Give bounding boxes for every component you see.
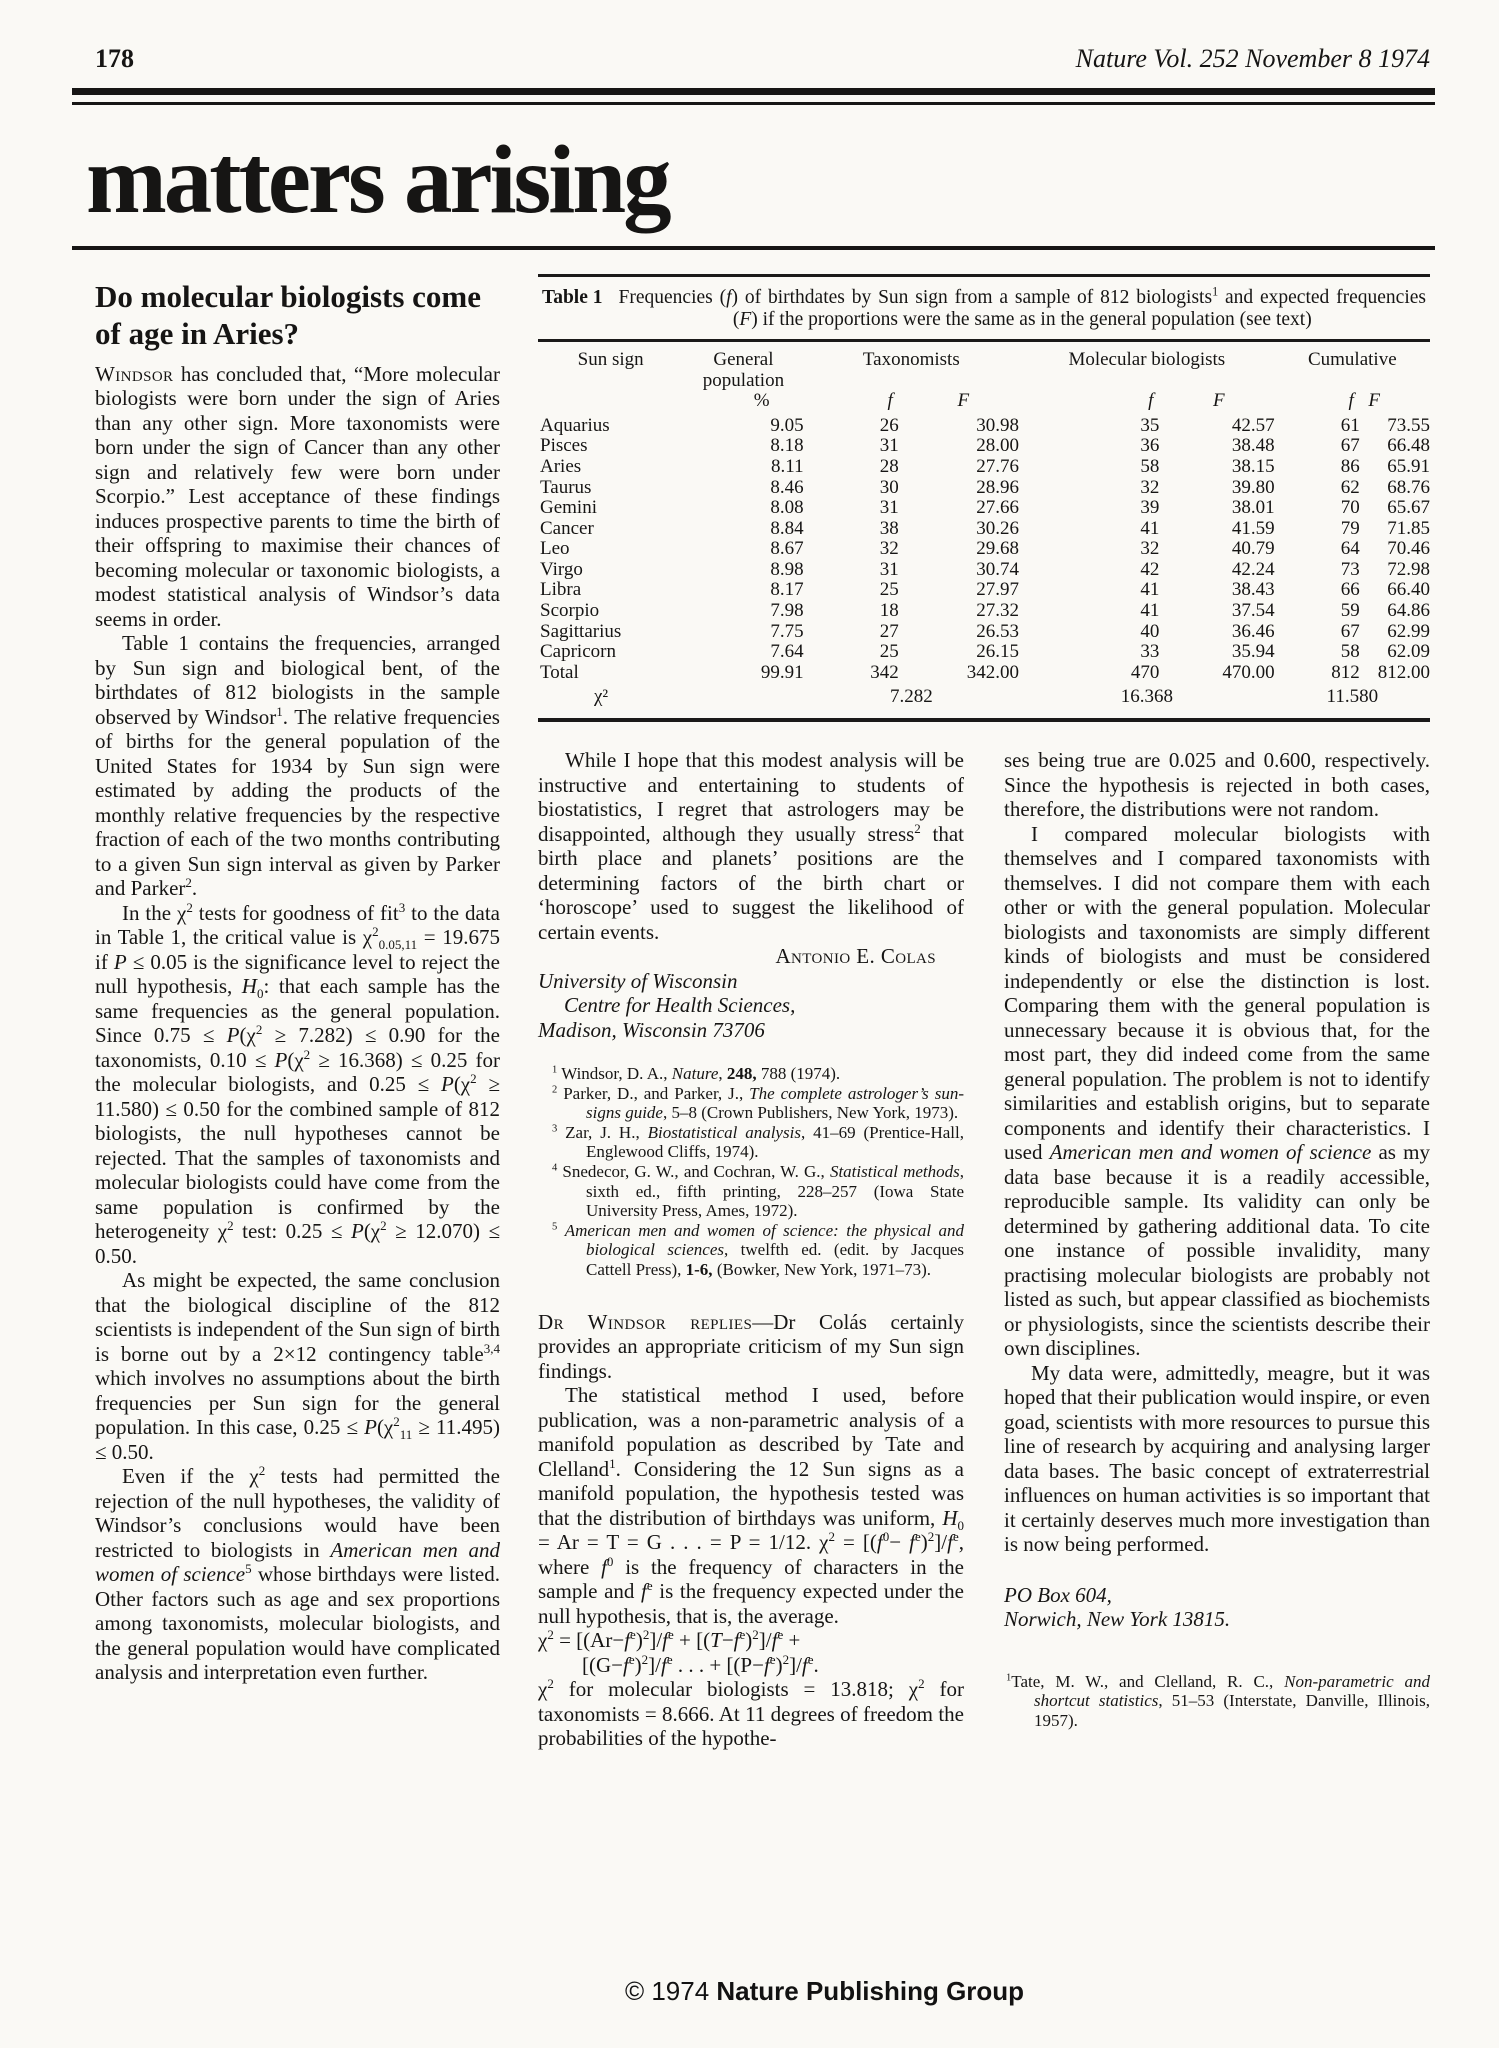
table-cell: 27.97 xyxy=(899,580,1019,601)
table-cell: 470.00 xyxy=(1159,663,1274,684)
journal-header: Nature Vol. 252 November 8 1974 xyxy=(1076,44,1430,74)
table-cell: 812.00 xyxy=(1360,663,1430,684)
column-subheader-f: f xyxy=(1019,391,1159,412)
chi-square-label: χ² xyxy=(538,683,683,718)
table-cell: 38.15 xyxy=(1159,457,1274,478)
table-cell: Sagittarius xyxy=(538,622,683,643)
chi-square-row: χ² 7.282 16.368 11.580 xyxy=(538,683,1430,718)
table-cell: 62.09 xyxy=(1360,642,1430,663)
journal-page: 178 Nature Vol. 252 November 8 1974 matt… xyxy=(0,0,1499,2048)
paragraph: I compared molecular biologists with the… xyxy=(1004,822,1430,1361)
table-header: Sun sign General population Taxonomists … xyxy=(538,340,1430,411)
table-body: Aquarius9.052630.983542.576173.55Pisces8… xyxy=(538,412,1430,684)
table-cell: 30.74 xyxy=(899,560,1019,581)
table-label: Table 1 xyxy=(542,287,603,331)
table-cell: 9.05 xyxy=(683,412,803,437)
table-row: Aquarius9.052630.983542.576173.55 xyxy=(538,412,1430,437)
paragraph: My data were, admittedly, meagre, but it… xyxy=(1004,1361,1430,1557)
column-header-cumulative: Cumulative xyxy=(1275,340,1430,391)
address-line: Centre for Health Sciences, xyxy=(538,993,964,1018)
author-signature: Antonio E. Colas xyxy=(538,944,964,969)
address-line: Madison, Wisconsin 73706 xyxy=(538,1018,964,1043)
reference-list: 1 Windsor, D. A., Nature, 248, 788 (1974… xyxy=(538,1064,964,1280)
table-row: Sagittarius7.752726.534036.466762.99 xyxy=(538,622,1430,643)
table-cell: 25 xyxy=(804,580,899,601)
table-cell: Aries xyxy=(538,457,683,478)
right-column: ses being true are 0.025 and 0.600, resp… xyxy=(1004,748,1430,1751)
table-cell: 36.46 xyxy=(1159,622,1274,643)
table-cell: 71.85 xyxy=(1360,519,1430,540)
paragraph: The statistical method I used, before pu… xyxy=(538,1383,964,1628)
table-cell: 70 xyxy=(1275,498,1360,519)
paragraph: In the χ2 tests for goodness of fit3 to … xyxy=(95,901,500,1269)
reference-item: 2 Parker, D., and Parker, J., The comple… xyxy=(538,1084,964,1123)
column-subheader-f: f xyxy=(804,391,899,412)
table-cell: 28 xyxy=(804,457,899,478)
paragraph: As might be expected, the same conclusio… xyxy=(95,1268,500,1464)
lower-columns: While I hope that this modest analysis w… xyxy=(538,748,1430,1751)
table-cell: 26 xyxy=(804,412,899,437)
paragraph: χ2 for molecular biologists = 13.818; χ2… xyxy=(538,1677,964,1751)
table-row: Gemini8.083127.663938.017065.67 xyxy=(538,498,1430,519)
table-cell: 65.67 xyxy=(1360,498,1430,519)
middle-column: While I hope that this modest analysis w… xyxy=(538,748,964,1751)
table-cell: 79 xyxy=(1275,519,1360,540)
table-cell: 8.84 xyxy=(683,519,803,540)
table-cell: 40.79 xyxy=(1159,539,1274,560)
table-cell: 72.98 xyxy=(1360,560,1430,581)
table-cell: 29.68 xyxy=(899,539,1019,560)
address-line: University of Wisconsin xyxy=(538,969,964,994)
table-caption-text: Frequencies (f) of birthdates by Sun sig… xyxy=(619,287,1426,331)
chi-square-molecular: 16.368 xyxy=(1019,683,1275,718)
table-row: Pisces8.183128.003638.486766.48 xyxy=(538,436,1430,457)
column-header-sun-sign: Sun sign xyxy=(538,340,683,391)
table-cell: 58 xyxy=(1019,457,1159,478)
table-cell: 8.08 xyxy=(683,498,803,519)
table-row: Aries8.112827.765838.158665.91 xyxy=(538,457,1430,478)
table-cell: 27.76 xyxy=(899,457,1019,478)
reference-item: 4 Snedecor, G. W., and Cochran, W. G., S… xyxy=(538,1162,964,1221)
table-cell: Cancer xyxy=(538,519,683,540)
paragraph: Dr Windsor replies—Dr Colás certainly pr… xyxy=(538,1310,964,1384)
paragraph: ses being true are 0.025 and 0.600, resp… xyxy=(1004,748,1430,822)
column-subheader-F: F xyxy=(1159,391,1274,412)
table-cell: 812 xyxy=(1275,663,1360,684)
chi-square-taxonomists: 7.282 xyxy=(804,683,1019,718)
paragraph: Table 1 contains the frequencies, arrang… xyxy=(95,631,500,901)
reference-item: 3 Zar, J. H., Biostatistical analysis, 4… xyxy=(538,1123,964,1162)
table-cell: 25 xyxy=(804,642,899,663)
column-header-taxonomists: Taxonomists xyxy=(804,340,1019,391)
reference-item: 1Tate, M. W., and Clelland, R. C., Non-p… xyxy=(1004,1672,1430,1731)
table-row: Libra8.172527.974138.436666.40 xyxy=(538,580,1430,601)
page-header: 178 Nature Vol. 252 November 8 1974 xyxy=(95,44,1430,74)
table-cell: Scorpio xyxy=(538,601,683,622)
table-cell: 32 xyxy=(1019,478,1159,499)
table-cell: 38.01 xyxy=(1159,498,1274,519)
content-columns: Do molecular biologists come of age in A… xyxy=(95,274,1430,1751)
page-number: 178 xyxy=(95,44,134,74)
table-cell: 7.98 xyxy=(683,601,803,622)
table-cell: 30 xyxy=(804,478,899,499)
table-cell: 39 xyxy=(1019,498,1159,519)
left-column: Do molecular biologists come of age in A… xyxy=(95,274,500,1751)
table-cell: 32 xyxy=(804,539,899,560)
table-cell: 41 xyxy=(1019,519,1159,540)
table-cell: Virgo xyxy=(538,560,683,581)
table-cell: 64 xyxy=(1275,539,1360,560)
table-cell: 38.48 xyxy=(1159,436,1274,457)
table-cell: 62 xyxy=(1275,478,1360,499)
reference-item: 1 Windsor, D. A., Nature, 248, 788 (1974… xyxy=(538,1064,964,1084)
footer-copyright: © 1974 Nature Publishing Group xyxy=(0,1976,1499,2007)
author-address: University of Wisconsin Centre for Healt… xyxy=(538,969,964,1043)
table-cell: 342.00 xyxy=(899,663,1019,684)
table-chi-row-group: χ² 7.282 16.368 11.580 xyxy=(538,683,1430,718)
table-cell: 66 xyxy=(1275,580,1360,601)
column-subheader-f: f xyxy=(1275,391,1360,412)
address-line: Norwich, New York 13815. xyxy=(1004,1607,1430,1632)
chi-square-cumulative: 11.580 xyxy=(1275,683,1430,718)
table-cell: 59 xyxy=(1275,601,1360,622)
table-cell: Gemini xyxy=(538,498,683,519)
table-cell: 66.40 xyxy=(1360,580,1430,601)
table-cell: 8.67 xyxy=(683,539,803,560)
table-cell: 37.54 xyxy=(1159,601,1274,622)
table-cell: Pisces xyxy=(538,436,683,457)
paragraph: While I hope that this modest analysis w… xyxy=(538,748,964,944)
table-cell: 8.98 xyxy=(683,560,803,581)
table-cell: 26.15 xyxy=(899,642,1019,663)
table-1: Table 1 Frequencies (f) of birthdates by… xyxy=(538,274,1430,722)
table-cell: 65.91 xyxy=(1360,457,1430,478)
table-caption: Table 1 Frequencies (f) of birthdates by… xyxy=(538,277,1430,339)
author-address: PO Box 604, Norwich, New York 13815. xyxy=(1004,1583,1430,1632)
table-row: Cancer8.843830.264141.597971.85 xyxy=(538,519,1430,540)
table-cell: 31 xyxy=(804,498,899,519)
table-cell: 73.55 xyxy=(1360,412,1430,437)
paragraph: Even if the χ2 tests had permitted the r… xyxy=(95,1464,500,1685)
equation-line: [(G−fe)2]/fe . . . + [(P−fe)2]/fe. xyxy=(538,1653,964,1678)
table-cell: 30.98 xyxy=(899,412,1019,437)
equation-line: χ2 = [(Ar−fe)2]/fe + [(T−fe)2]/fe + xyxy=(538,1628,964,1653)
right-region: Table 1 Frequencies (f) of birthdates by… xyxy=(538,274,1430,1751)
table-cell: Taurus xyxy=(538,478,683,499)
table-cell: 42.57 xyxy=(1159,412,1274,437)
table-cell: 8.11 xyxy=(683,457,803,478)
table-cell: 61 xyxy=(1275,412,1360,437)
table-cell: 62.99 xyxy=(1360,622,1430,643)
section-title: matters arising xyxy=(86,131,1499,230)
table-cell: 32 xyxy=(1019,539,1159,560)
article-title: Do molecular biologists come of age in A… xyxy=(95,278,500,352)
title-rule xyxy=(72,246,1435,250)
table-cell: 42.24 xyxy=(1159,560,1274,581)
address-line: PO Box 604, xyxy=(1004,1583,1430,1608)
table-row: Total99.91342342.00470470.00812812.00 xyxy=(538,663,1430,684)
table-row: Scorpio7.981827.324137.545964.86 xyxy=(538,601,1430,622)
reference-item: 5 American men and women of science: the… xyxy=(538,1221,964,1280)
table-cell: 38 xyxy=(804,519,899,540)
chi-square-blank xyxy=(683,683,803,718)
table-cell: 26.53 xyxy=(899,622,1019,643)
table-cell: 7.75 xyxy=(683,622,803,643)
frequencies-table: Sun sign General population Taxonomists … xyxy=(538,339,1430,718)
table-cell: 41 xyxy=(1019,580,1159,601)
table-cell: 67 xyxy=(1275,436,1360,457)
table-cell: Aquarius xyxy=(538,412,683,437)
table-cell: 41 xyxy=(1019,601,1159,622)
column-header-molecular-biologists: Molecular biologists xyxy=(1019,340,1275,391)
table-cell: 31 xyxy=(804,560,899,581)
table-cell: 41.59 xyxy=(1159,519,1274,540)
table-cell: 27 xyxy=(804,622,899,643)
table-cell: 27.66 xyxy=(899,498,1019,519)
table-cell: 64.86 xyxy=(1360,601,1430,622)
table-cell: 66.48 xyxy=(1360,436,1430,457)
table-cell: 40 xyxy=(1019,622,1159,643)
paragraph: Windsor has concluded that, “More molecu… xyxy=(95,362,500,632)
table-cell: 470 xyxy=(1019,663,1159,684)
table-cell: Leo xyxy=(538,539,683,560)
column-subheader-F: F xyxy=(899,391,1019,412)
column-subheader-percent: % xyxy=(683,391,803,412)
table-cell: 35.94 xyxy=(1159,642,1274,663)
table-cell: 8.18 xyxy=(683,436,803,457)
table-cell: 58 xyxy=(1275,642,1360,663)
table-cell: 7.64 xyxy=(683,642,803,663)
table-cell: 39.80 xyxy=(1159,478,1274,499)
table-cell: Libra xyxy=(538,580,683,601)
table-cell: 99.91 xyxy=(683,663,803,684)
table-cell: Capricorn xyxy=(538,642,683,663)
column-header-general-population: General population xyxy=(683,340,803,391)
table-cell: 30.26 xyxy=(899,519,1019,540)
table-cell: 28.00 xyxy=(899,436,1019,457)
double-rule-top xyxy=(72,88,1435,95)
table-cell: 18 xyxy=(804,601,899,622)
table-cell: Total xyxy=(538,663,683,684)
column-subheader-F: F xyxy=(1360,391,1430,412)
table-cell: 67 xyxy=(1275,622,1360,643)
table-cell: 8.46 xyxy=(683,478,803,499)
table-cell: 35 xyxy=(1019,412,1159,437)
table-cell: 86 xyxy=(1275,457,1360,478)
table-cell: 68.76 xyxy=(1360,478,1430,499)
column-subheader-blank xyxy=(538,391,683,412)
table-row: Virgo8.983130.744242.247372.98 xyxy=(538,560,1430,581)
table-cell: 33 xyxy=(1019,642,1159,663)
table-cell: 31 xyxy=(804,436,899,457)
double-rule-bottom xyxy=(72,102,1435,105)
table-cell: 28.96 xyxy=(899,478,1019,499)
table-cell: 42 xyxy=(1019,560,1159,581)
table-cell: 342 xyxy=(804,663,899,684)
table-cell: 27.32 xyxy=(899,601,1019,622)
table-cell: 70.46 xyxy=(1360,539,1430,560)
table-row: Taurus8.463028.963239.806268.76 xyxy=(538,478,1430,499)
table-row: Capricorn7.642526.153335.945862.09 xyxy=(538,642,1430,663)
table-cell: 73 xyxy=(1275,560,1360,581)
table-cell: 8.17 xyxy=(683,580,803,601)
table-cell: 38.43 xyxy=(1159,580,1274,601)
table-cell: 36 xyxy=(1019,436,1159,457)
table-row: Leo8.673229.683240.796470.46 xyxy=(538,539,1430,560)
